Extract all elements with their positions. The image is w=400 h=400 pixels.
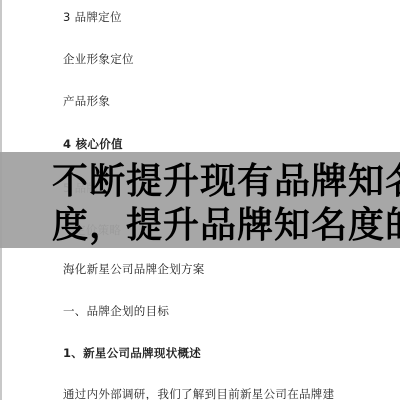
- text-corporate-image-positioning: 企业形象定位: [63, 51, 134, 67]
- overlay-title-line-1: 不断提升现有品牌知名: [52, 160, 392, 204]
- overlay-title: 不断提升现有品牌知名 度，提升品牌知名度的: [52, 160, 392, 248]
- heading-planning-goals: 一、品牌企划的目标: [63, 303, 169, 319]
- overlay-title-line-2: 度，提升品牌知名度的: [52, 204, 392, 248]
- text-paragraph: 通过内外部调研，我们了解到目前新星公司在品牌建: [63, 386, 334, 400]
- heading-core-value: 4 核心价值: [63, 136, 123, 152]
- title-overlay-banner: 不断提升现有品牌知名 度，提升品牌知名度的: [0, 152, 400, 248]
- heading-brand-positioning: 3 品牌定位: [63, 9, 122, 25]
- heading-brand-status: 1、新星公司品牌现状概述: [63, 345, 201, 361]
- text-plan-title: 海化新星公司品牌企划方案: [63, 261, 205, 277]
- text-product-image: 产品形象: [63, 93, 110, 109]
